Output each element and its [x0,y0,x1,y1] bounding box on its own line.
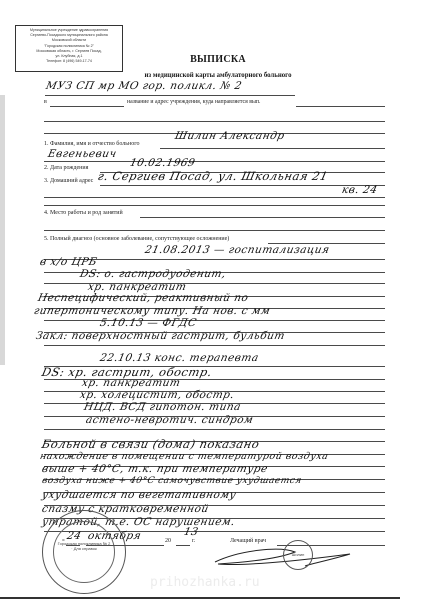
rule-line [44,320,385,321]
watermark: prihozhanka.ru [150,575,260,590]
diagnosis-line: воздуха ниже + 40°С самочувствие ухудшае… [41,476,303,486]
to-prefix: в [44,99,47,105]
round-seal-stamp: Городская поликлиника № 2 · Для справок [42,510,126,594]
diagnosis-line: 22.10.13 конс. терапевта [99,352,260,364]
diagnosis-line: гипертоническому типу. На нов. с мм [33,305,272,317]
document-subtitle: из медицинской карты амбулаторного больн… [0,72,436,79]
document-title: ВЫПИСКА [0,54,436,65]
seal-text: Городская поликлиника № 2 · Для справок [57,541,111,551]
diagnosis-label: 5. Полный диагноз (основное заболевание,… [44,236,229,242]
rule-line [44,345,385,346]
date-year-line [176,545,190,546]
from-institution-handwritten: МУЗ СП мр МО гор. поликл. № 2 [45,80,243,92]
scan-edge-shadow [0,95,5,365]
diagnosis-line: 21.08.2013 — госпитализация [144,244,331,256]
diagnosis-line: в х/о ЦРБ [39,256,99,268]
address-apartment: кв. 24 [341,184,379,196]
dob-value: 10.02.1969 [129,157,197,169]
diagnosis-line: астено-невротич. синдром [85,414,255,426]
diagnosis-line: хр. панкреатит [81,377,182,389]
date-month: октября [87,530,143,542]
rule-line [44,230,385,231]
diagnosis-line: хр. холецистит, обостр. [79,389,236,401]
diagnosis-line: ухудшается по вегетативному [41,489,238,501]
diagnosis-line: DS: о. гастродуоденит, [79,268,227,280]
from-line [45,95,295,96]
year-suffix-label: г. [192,538,195,544]
patronymic-value: Евгеньевич [47,148,118,160]
diagnosis-line: Неспецифический, реактивный по [37,292,250,304]
work-line [140,217,385,218]
to-caption: название и адрес учреждения, куда направ… [127,99,260,105]
address-label: 3. Домашний адрес [44,178,93,184]
date-day: 24 [66,530,83,542]
diagnosis-line: 5.10.13 — ФГДС [99,317,198,329]
date-day-line [66,545,80,546]
dob-label: 2. Дата рождения [44,165,88,171]
date-year-suffix: 13 [183,526,200,538]
doctor-stamp-text: Шилин [286,552,310,557]
rule-line [44,205,385,206]
address-value: г. Сергиев Посад, ул. Школьная 21 [97,169,330,183]
doctor-personal-stamp: Шилин [283,540,313,570]
date-year-prefix: 20 [165,538,171,544]
to-line-end [296,106,385,107]
page-bottom-edge [0,597,400,599]
date-month-line [86,545,164,546]
name-line [160,148,385,149]
rule-line [44,429,385,430]
diagnosis-line: НЦД. ВСД гипотон. типа [83,401,242,413]
diagnosis-line: нахождение в помещении с температурой во… [39,451,330,462]
date-quote-open: « [62,537,65,543]
name-label: 1. Фамилия, имя и отчество больного [44,141,140,147]
blank-line [44,121,385,122]
rule-line [44,197,385,198]
diagnosis-line: Закл: поверхностный гастрит, бульбит [35,330,286,342]
to-line [50,106,124,107]
rule-line [44,161,385,162]
diagnosis-line: выше + 40°С, т.к. при температуре [41,463,269,475]
work-label: 4. Место работы и род занятий [44,210,123,216]
diagnosis-line: Больной в связи (дома) показано [41,437,261,451]
name-value: Шилин Александр [174,130,286,142]
